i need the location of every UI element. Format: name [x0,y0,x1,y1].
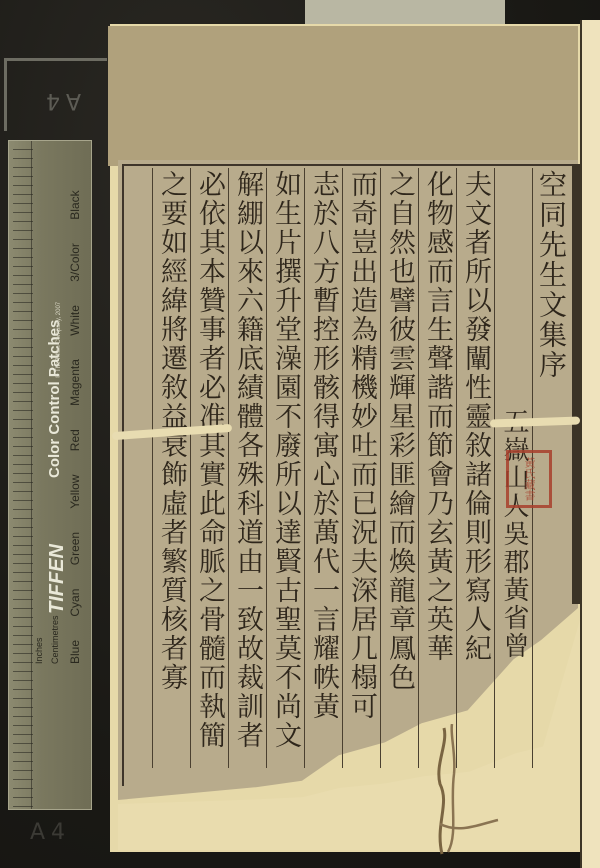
color-label-cyan: Cyan [68,589,82,617]
color-label-yellow: Yellow [68,475,82,509]
ruler-color-labels: Blue Cyan Green Yellow Red Magenta White… [68,190,82,664]
ruler-scale-line [31,141,32,809]
color-label-magenta: Magenta [68,359,82,406]
binding-string-icon [430,724,500,864]
text-column-6: 如生片撰升堂澡園不廢所以達賢古聖莫不尚文 [266,168,304,768]
color-label-black: Black [68,190,82,219]
ruler-copyright: © The Tiffen Company, 2007 [56,302,62,378]
print-border-right [572,164,580,604]
color-label-red: Red [68,429,82,451]
a4-label-bottom: A4 [30,820,71,845]
backing-sheet [305,0,505,24]
ruler-brand: TIFFEN [46,544,69,614]
color-label-blue: Blue [68,640,82,664]
collector-seal-icon: 黃氏藏書 [506,450,552,508]
text-column-9: 之要如經緯將遷敘益衰飾虛者繁質核者寡 [152,168,190,768]
text-column-8: 必依其本贊事者必准其實此命脈之骨髓而執簡 [190,168,228,768]
text-columns: 空同先生文集序 五嶽山人吳郡黃省曾 夫文者所以發闡性靈敘諸倫則形寫人紀 化物感而… [126,168,570,768]
text-column-4: 而奇豈出造為精機妙吐而已況夫深居几榻可 [342,168,380,768]
text-column-5: 志於八方暫控形骸得寓心於萬代一言耀帙黃 [304,168,342,768]
color-label-white: White [68,305,82,336]
ruler-ticks [13,141,33,809]
text-column-1: 夫文者所以發闡性靈敘諸倫則形寫人紀 [456,168,494,768]
a4-label-top: A4 [40,88,81,113]
text-column-3: 之自然也譬彼雲輝星彩匪繪而煥龍章鳳色 [380,168,418,768]
text-column-7: 解綳以來六籍底績體各殊科道由一致故裁訓者 [228,168,266,768]
ruler-units-cm: Centimetres [50,615,60,664]
ruler-units-inches: Inches [34,637,44,664]
color-label-green: Green [68,532,82,565]
page-top-margin [108,26,578,166]
color-label-3color: 3/Color [68,243,82,282]
page-right-edge [580,20,600,868]
text-column-2: 化物感而言生聲諧而節會乃玄黃之英華 [418,168,456,768]
